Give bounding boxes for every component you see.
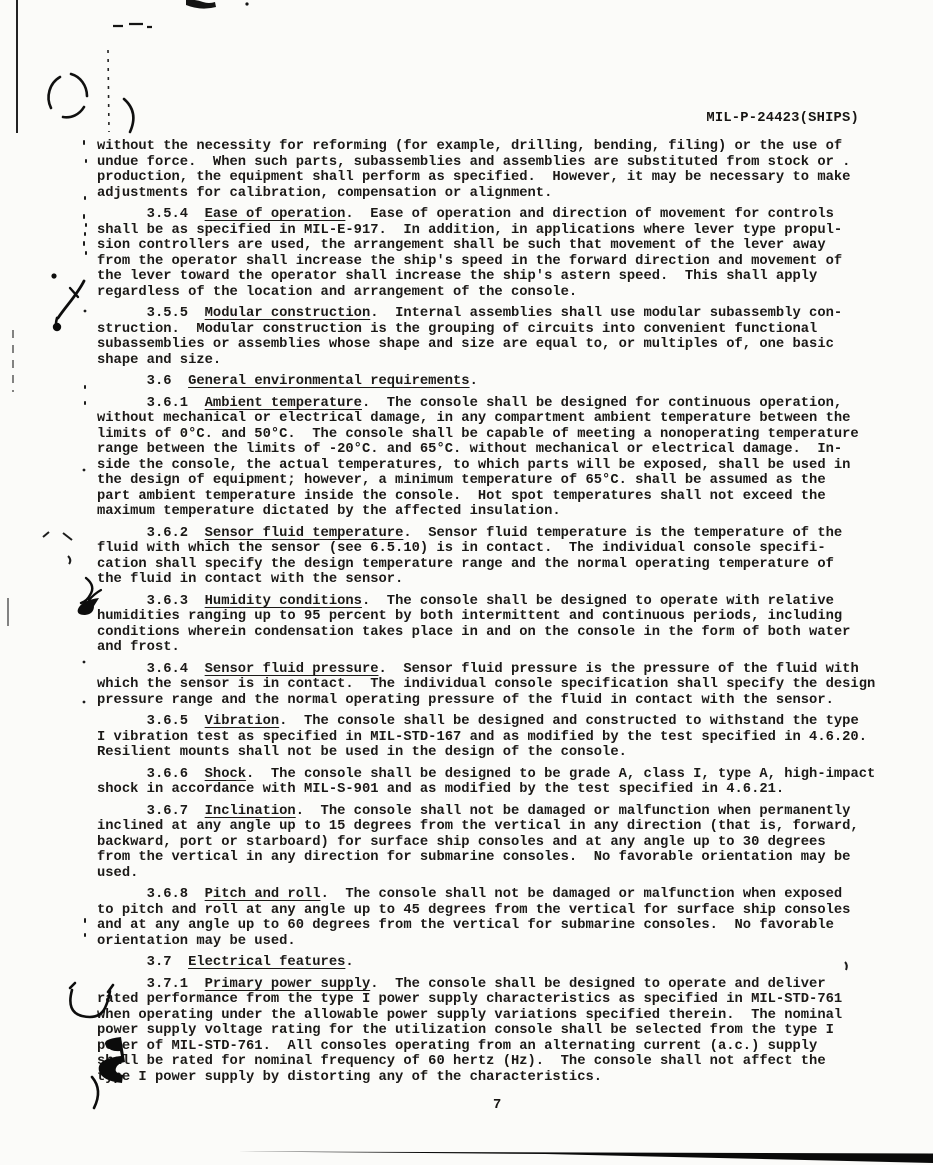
section-title: General environmental requirements bbox=[188, 374, 470, 389]
section-title: Vibration bbox=[205, 714, 280, 729]
section-title: Inclination bbox=[205, 804, 296, 819]
section-number: 3.6.6 bbox=[97, 767, 205, 782]
section-title: Sensor fluid pressure bbox=[205, 662, 379, 677]
section-number: 3.6.8 bbox=[97, 887, 205, 902]
section-number: 3.6.7 bbox=[97, 804, 205, 819]
doc-reference-number: MIL-P-24423(SHIPS) bbox=[706, 111, 859, 126]
section-number: 3.6.3 bbox=[97, 594, 205, 609]
pen-check-mark-icon bbox=[51, 273, 84, 331]
paragraph: 3.6.3 Humidity conditions. The console s… bbox=[97, 594, 897, 656]
paragraph-text: . bbox=[345, 955, 353, 970]
section-title: Sensor fluid temperature bbox=[205, 526, 404, 541]
paragraph-text: . bbox=[470, 374, 478, 389]
paragraph: 3.6.8 Pitch and roll. The console shall … bbox=[97, 887, 897, 949]
section-number: 3.6.1 bbox=[97, 396, 205, 411]
document-page: MIL-P-24423(SHIPS) without the necessity… bbox=[0, 0, 933, 1165]
paragraph: 3.6.4 Sensor fluid pressure. Sensor flui… bbox=[97, 662, 897, 709]
hole-punch-mark-icon bbox=[49, 74, 87, 117]
top-scan-marks-icon bbox=[113, 0, 249, 27]
section-number: 3.7.1 bbox=[97, 977, 205, 992]
section-title: Ease of operation bbox=[205, 207, 346, 222]
page-number: 7 bbox=[493, 1098, 501, 1113]
paragraph: 3.6.2 Sensor fluid temperature. Sensor f… bbox=[97, 526, 897, 588]
section-title: Electrical features bbox=[188, 955, 345, 970]
paragraph: 3.7 Electrical features. bbox=[97, 955, 897, 971]
section-number: 3.6.2 bbox=[97, 526, 205, 541]
paragraph: 3.6.7 Inclination. The console shall not… bbox=[97, 804, 897, 882]
paragraph: 3.5.4 Ease of operation. Ease of operati… bbox=[97, 207, 897, 300]
section-number: 3.5.5 bbox=[97, 306, 205, 321]
section-number: 3.6 bbox=[97, 374, 188, 389]
section-title: Shock bbox=[205, 767, 246, 782]
body-text: without the necessity for reforming (for… bbox=[97, 139, 897, 1091]
paragraph: 3.5.5 Modular construction. Internal ass… bbox=[97, 306, 897, 368]
paragraph: without the necessity for reforming (for… bbox=[97, 139, 897, 201]
paragraph: 3.6.1 Ambient temperature. The console s… bbox=[97, 396, 897, 520]
bottom-scan-line-icon bbox=[238, 1152, 933, 1164]
paren-mark-icon bbox=[124, 99, 133, 132]
section-title: Pitch and roll bbox=[205, 887, 321, 902]
section-title: Humidity conditions bbox=[205, 594, 362, 609]
paragraph-text: . The console shall be designed for cont… bbox=[97, 396, 859, 520]
section-number: 3.6.5 bbox=[97, 714, 205, 729]
paragraph: 3.6.5 Vibration. The console shall be de… bbox=[97, 714, 897, 761]
section-number: 3.7 bbox=[97, 955, 188, 970]
paragraph-text: without the necessity for reforming (for… bbox=[97, 139, 850, 201]
section-title: Modular construction bbox=[205, 306, 371, 321]
dotted-margin-line-icon bbox=[8, 0, 109, 626]
paragraph: 3.7.1 Primary power supply. The console … bbox=[97, 977, 897, 1086]
paragraph: 3.6.6 Shock. The console shall be design… bbox=[97, 767, 897, 798]
section-number: 3.6.4 bbox=[97, 662, 205, 677]
paragraph: 3.6 General environmental requirements. bbox=[97, 374, 897, 390]
paragraph-text: . The console shall be designed to opera… bbox=[97, 977, 842, 1085]
section-title: Ambient temperature bbox=[205, 396, 362, 411]
section-title: Primary power supply bbox=[205, 977, 371, 992]
section-number: 3.5.4 bbox=[97, 207, 205, 222]
